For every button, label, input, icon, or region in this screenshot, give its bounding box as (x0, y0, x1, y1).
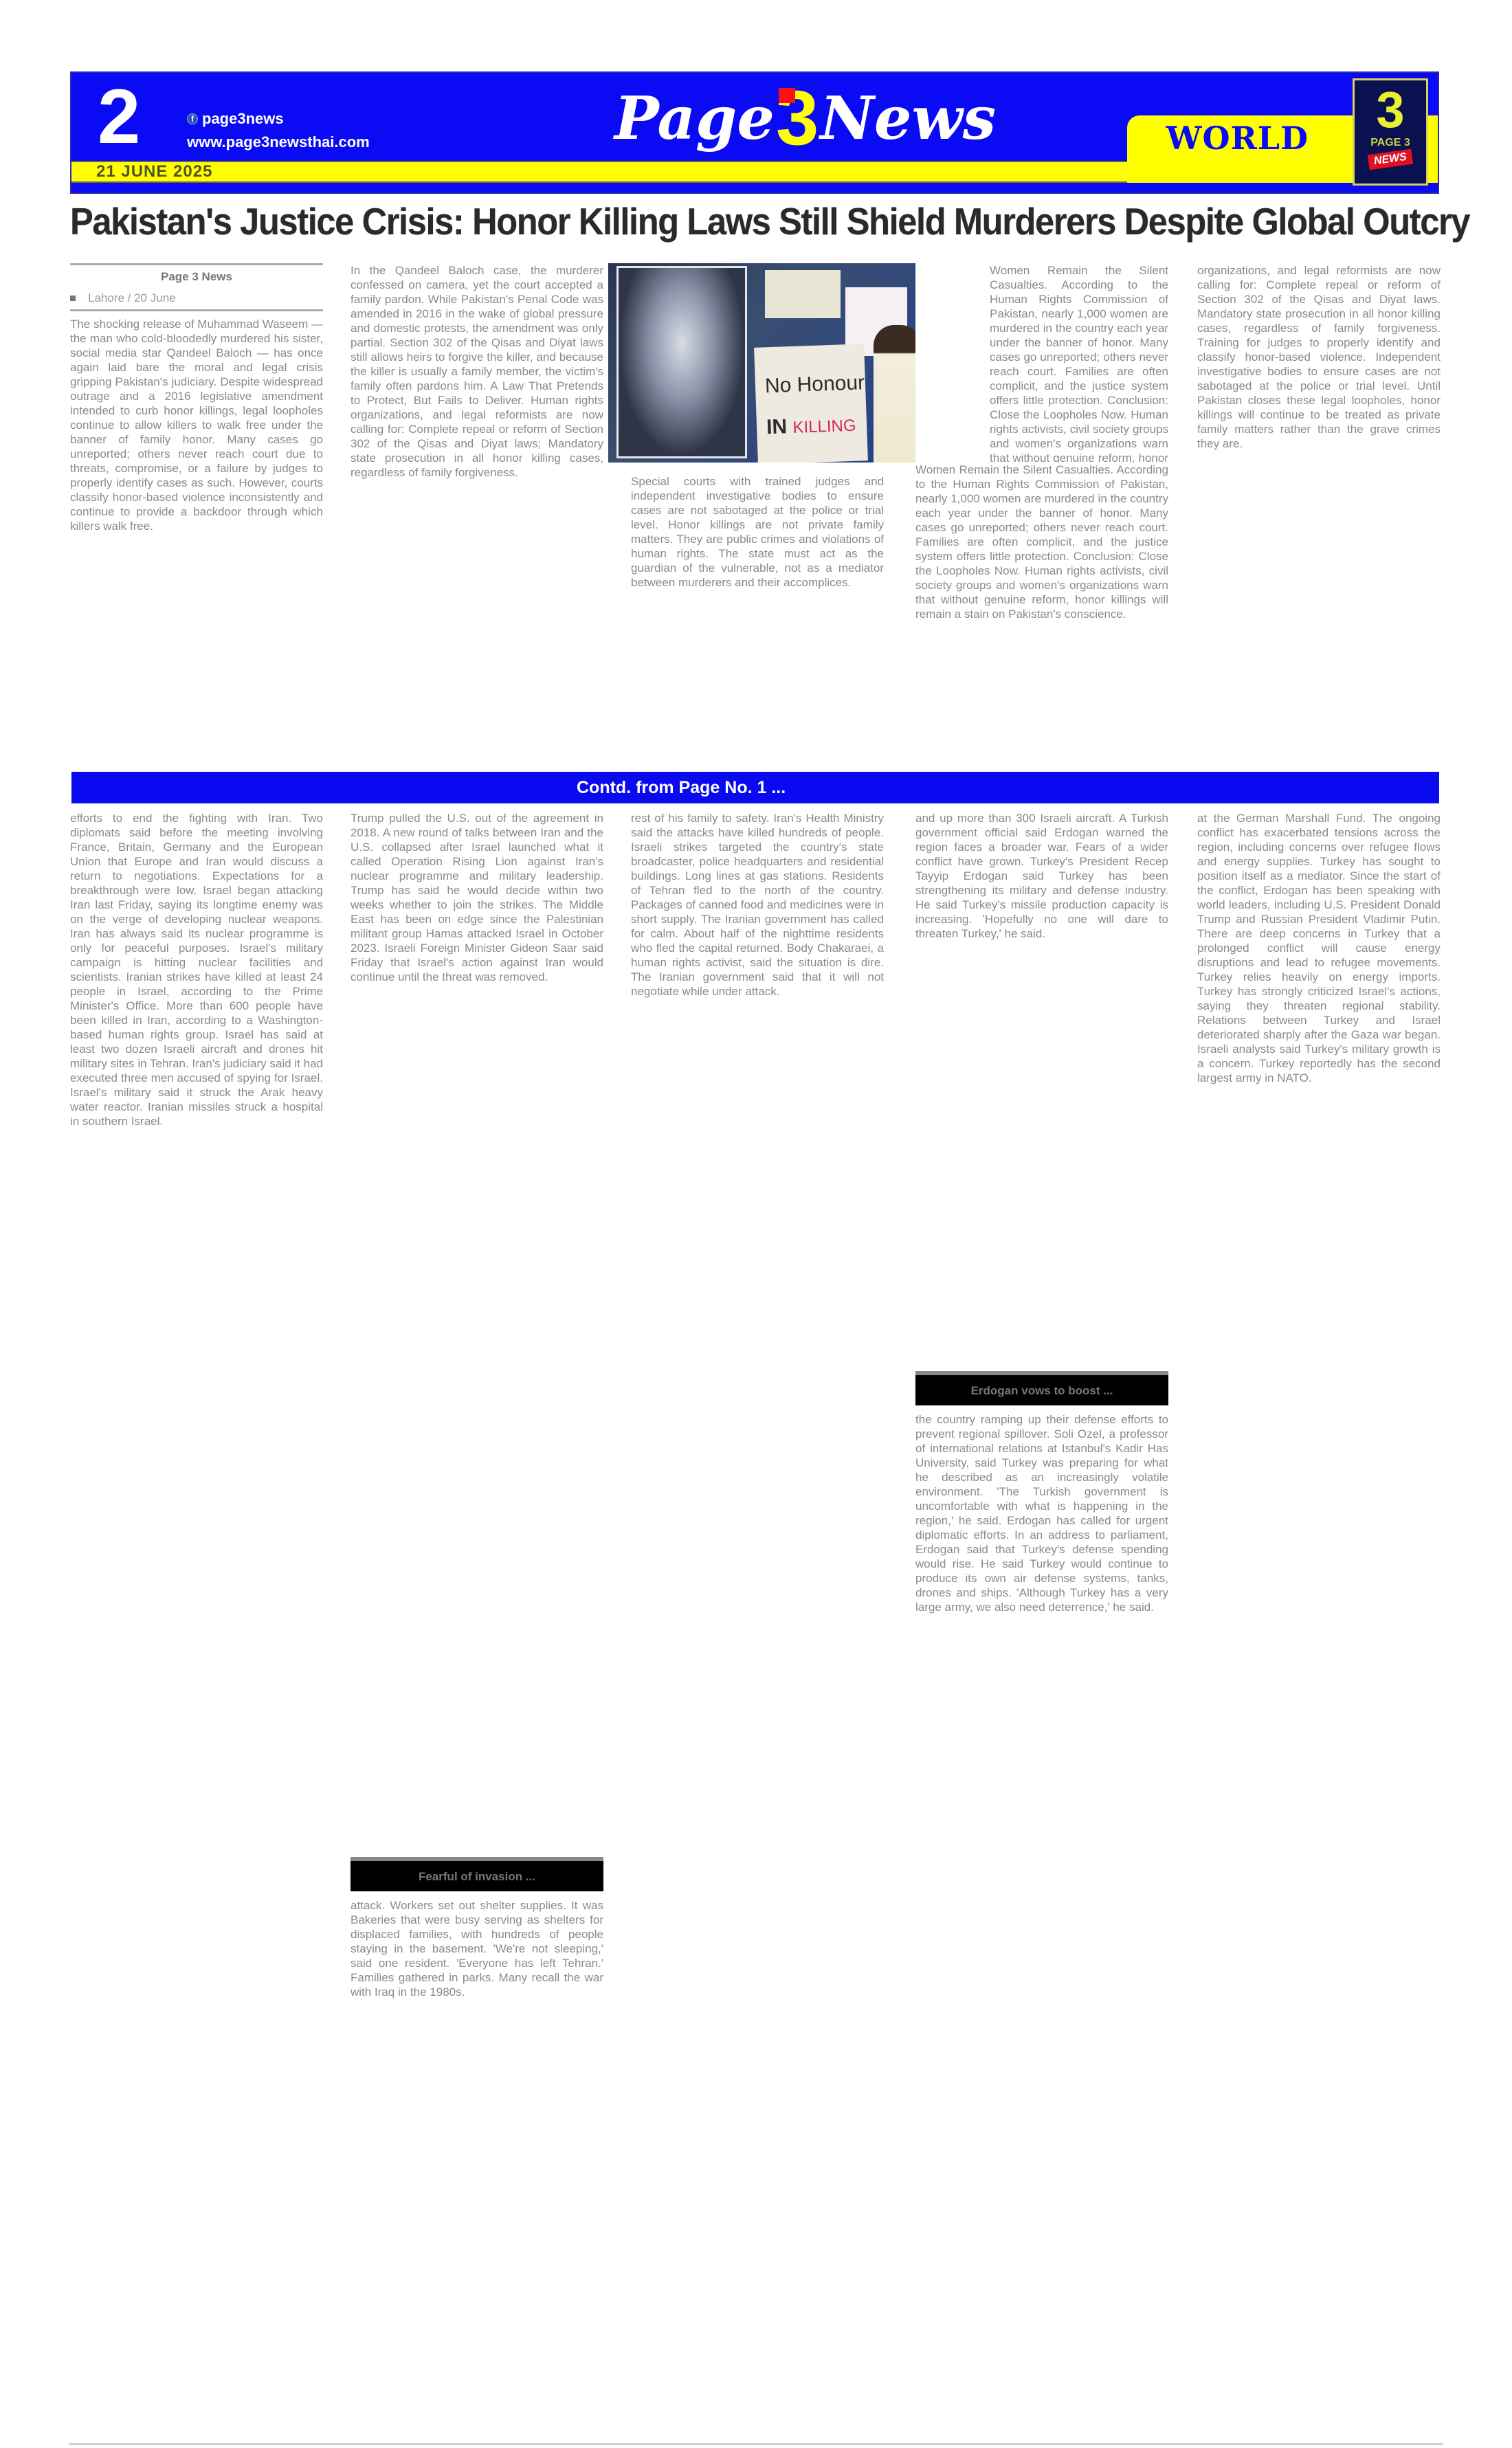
article-paragraph: Trump pulled the U.S. out of the agreeme… (351, 811, 603, 984)
byline-place: Lahore / 20 June (88, 291, 176, 305)
subhead-fearful-of-invasion: Fearful of invasion ... (351, 1857, 603, 1891)
article-paragraph: at the German Marshall Fund. The ongoing… (1197, 811, 1441, 1085)
sign-text-line1: No Honour (764, 371, 865, 398)
lower-column-2-after: Fearful of invasion ... attack. Workers … (351, 1850, 603, 2262)
badge-news: NEWS (1368, 149, 1413, 170)
logo-word-page: Page (614, 84, 775, 153)
article-paragraph: attack. Workers set out shelter supplies… (351, 1898, 603, 1999)
issue-date: 21 JUNE 2025 (96, 162, 212, 181)
facebook-handle: page3news (202, 110, 284, 128)
article-headline: Pakistan's Justice Crisis: Honor Killing… (70, 199, 1330, 247)
article-paragraph: the country ramping up their defense eff… (915, 1412, 1168, 1614)
byline: Page 3 News Lahore / 20 June (70, 263, 323, 311)
facebook-link[interactable]: f page3news (187, 110, 284, 128)
masthead: 2 f page3news www.page3newsthai.com 21 J… (70, 71, 1439, 194)
website-link[interactable]: www.page3newsthai.com (187, 133, 370, 151)
bullet-icon (70, 296, 76, 301)
article-paragraph: rest of his family to safety. Iran's Hea… (631, 811, 884, 999)
sign-text-in: IN (766, 415, 788, 438)
article-column-3: Special courts with trained judges and i… (631, 474, 884, 768)
article-paragraph: Special courts with trained judges and i… (631, 474, 884, 590)
sign-text-line2: IN KILLING (766, 413, 856, 440)
logo-number: 3 (776, 80, 819, 157)
lower-column-4: and up more than 300 Israeli aircraft. A… (915, 811, 1168, 1375)
section-label: WORLD (1166, 120, 1309, 157)
article-column-5: organizations, and legal reformists are … (1197, 263, 1441, 768)
article-paragraph: Women Remain the Silent Casualties. Acco… (990, 263, 1168, 463)
newspaper-logo: Page 3 News (614, 77, 996, 159)
subhead-erdogan-vows: Erdogan vows to boost ... (915, 1371, 1168, 1405)
badge-number: 3 (1376, 85, 1404, 135)
article-paragraph: organizations, and legal reformists are … (1197, 263, 1441, 451)
photo-protester (874, 325, 915, 463)
article-column-2: In the Qandeel Baloch case, the murderer… (351, 263, 603, 768)
brand-badge: 3 PAGE 3 NEWS (1353, 78, 1428, 186)
byline-place-row: Lahore / 20 June (70, 291, 323, 305)
photo-sign-top (765, 270, 841, 318)
logo-word-news: News (820, 84, 996, 153)
lower-column-4-after: Erdogan vows to boost ... the country ra… (915, 1364, 1168, 2265)
page-bottom-rule (69, 2443, 1443, 2445)
photo-protest-sign: No Honour IN KILLING (754, 344, 868, 463)
lower-column-1: efforts to end the fighting with Iran. T… (70, 811, 323, 2268)
article-paragraph: The shocking release of Muhammad Waseem … (70, 317, 323, 533)
continued-text: Contd. from Page No. 1 ... (577, 778, 786, 798)
sign-text-killing: KILLING (792, 416, 856, 437)
page-number: 2 (98, 78, 140, 155)
badge-text: PAGE 3 (1370, 137, 1410, 149)
article-photo: No Honour IN KILLING (608, 263, 915, 463)
article-paragraph: efforts to end the fighting with Iran. T… (70, 811, 323, 1128)
photo-portrait-poster (616, 266, 747, 458)
article-column-1: Page 3 News Lahore / 20 June The shockin… (70, 263, 323, 768)
article-paragraph: Women Remain the Silent Casualties. Acco… (915, 463, 1168, 621)
article-column-4-top: Women Remain the Silent Casualties. Acco… (990, 263, 1168, 463)
continued-banner: Contd. from Page No. 1 ... (71, 772, 1439, 803)
article-paragraph: and up more than 300 Israeli aircraft. A… (915, 811, 1168, 941)
byline-source: Page 3 News (70, 269, 323, 284)
lower-column-5: at the German Marshall Fund. The ongoing… (1197, 811, 1441, 2240)
facebook-icon: f (187, 113, 198, 124)
article-paragraph: In the Qandeel Baloch case, the murderer… (351, 263, 603, 480)
lower-column-3: rest of his family to safety. Iran's Hea… (631, 811, 884, 2282)
